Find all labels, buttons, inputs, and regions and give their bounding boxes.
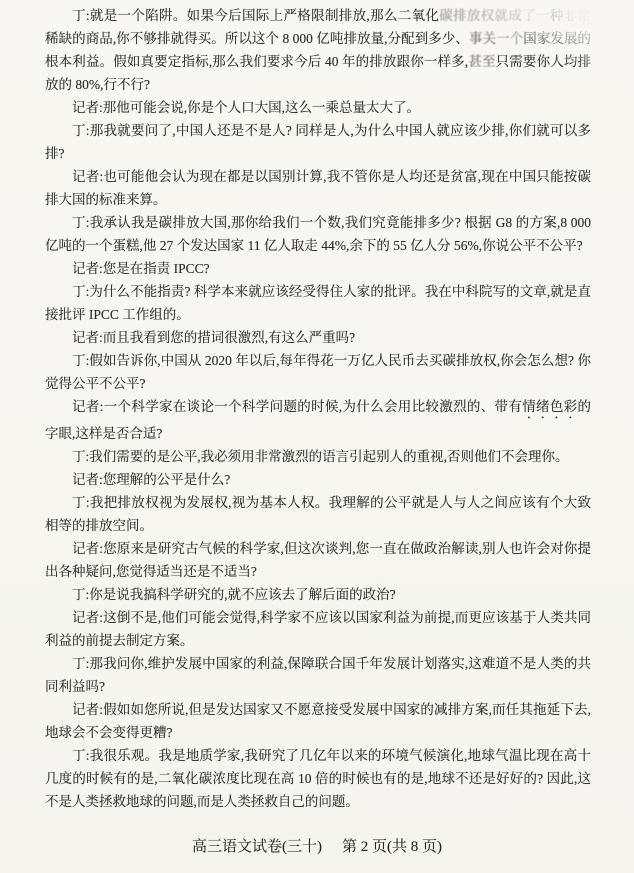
emphasized-text: 情绪色彩 [522,399,577,414]
dialogue-paragraph: 记者:您原来是研究古气候的科学家,但这次谈判,您一直在做政治解读,别人也许会对你… [45,537,591,583]
dialogue-paragraph: 记者:那他可能会说,你是个人口大国,这么一乘总量太大了。 [45,96,591,119]
dialogue-paragraph: 丁:那我问你,维护发展中国家的利益,保障联合国千年发展计划落实,这难道不是人类的… [45,652,591,698]
dialogue-text: 丁:我把排放权视为发展权,视为基本人权。我理解的公平就是人与人之间应该有个大致相… [45,495,591,533]
dialogue-paragraph: 丁:假如告诉你,中国从 2020 年以后,每年得花一万亿人民币去买碳排放权,你会… [45,349,591,395]
dialogue-paragraph: 丁:为什么不能指责? 科学本来就应该经受得住人家的批评。我在中科院写的文章,就是… [45,280,591,326]
faded-scan-text: 事关一个 [469,31,523,46]
dialogue-paragraph: 丁:你是说我搞科学研究的,就不应该去了解后面的政治? [45,583,591,606]
dialogue-text: 丁:就是一个陷阱。如果今后国际上严格限制排放,那么二氧化 [72,8,439,23]
dialogue-text: 丁:你是说我搞科学研究的,就不应该去了解后面的政治? [72,587,396,602]
exam-title: 高三语文试卷(三十) [192,839,322,855]
dialogue-text-block: 丁:就是一个陷阱。如果今后国际上严格限制排放,那么二氧化碳排放权就成了一种非常稀… [45,4,591,813]
dialogue-paragraph: 记者:而且我看到您的措词很激烈,有这么严重吗? [45,326,591,349]
dialogue-text: 丁:为什么不能指责? 科学本来就应该经受得住人家的批评。我在中科院写的文章,就是… [45,284,591,322]
dialogue-paragraph: 丁:我承认我是碳排放大国,那你给我们一个数,我们究竟能排多少? 根据 G8 的方… [45,211,591,257]
dialogue-paragraph: 记者:这倒不是,他们可能会觉得,科学家不应该以国家利益为前提,而更应该基于人类共… [45,606,591,652]
dialogue-text: 记者:您是在指责 IPCC? [72,261,210,276]
dialogue-text: 记者:那他可能会说,你是个人口大国,这么一乘总量太大了。 [72,100,420,115]
dialogue-text: 丁:那我问你,维护发展中国家的利益,保障联合国千年发展计划落实,这难道不是人类的… [45,656,591,694]
dialogue-text: 丁:我很乐观。我是地质学家,我研究了几亿年以来的环境气候演化,地球气温比现在高十… [45,748,591,809]
dialogue-text: 记者:这倒不是,他们可能会觉得,科学家不应该以国家利益为前提,而更应该基于人类共… [45,610,591,648]
dialogue-paragraph: 丁:就是一个陷阱。如果今后国际上严格限制排放,那么二氧化碳排放权就成了一种非常稀… [45,4,591,96]
page-number: 第 2 页(共 8 页) [342,839,442,855]
dialogue-paragraph: 记者:您理解的公平是什么? [45,468,591,491]
dialogue-text: 丁:那我就要问了,中国人还是不是人? 同样是人,为什么中国人就应该少排,你们就可… [45,123,591,161]
dialogue-paragraph: 记者:您是在指责 IPCC? [45,257,591,280]
scanned-exam-page: 丁:就是一个陷阱。如果今后国际上严格限制排放,那么二氧化碳排放权就成了一种非常稀… [0,0,634,873]
dialogue-paragraph: 丁:我把排放权视为发展权,视为基本人权。我理解的公平就是人与人之间应该有个大致相… [45,491,591,537]
dialogue-text: 记者:您理解的公平是什么? [72,472,230,487]
dialogue-text: 记者:假如如您所说,但是发达国家又不愿意接受发展中国家的减排方案,而任其拖延下去… [45,702,591,740]
dialogue-text: 记者:一个科学家在谈论一个科学问题的时候,为什么会用比较激烈的、带有 [72,399,522,414]
dialogue-paragraph: 记者:也可能他会认为现在都是以国别计算,我不管你是人均还是贫富,现在中国只能按碳… [45,165,591,211]
dialogue-paragraph: 丁:那我就要问了,中国人还是不是人? 同样是人,为什么中国人就应该少排,你们就可… [45,119,591,165]
dialogue-text: 丁:我承认我是碳排放大国,那你给我们一个数,我们究竟能排多少? 根据 G8 的方… [45,215,591,253]
dialogue-paragraph: 丁:我很乐观。我是地质学家,我研究了几亿年以来的环境气候演化,地球气温比现在高十… [45,744,591,813]
dialogue-text: 记者:也可能他会认为现在都是以国别计算,我不管你是人均还是贫富,现在中国只能按碳… [45,169,591,207]
faded-scan-text: 碳排放权就成了一 [439,8,550,23]
dialogue-text: 丁:假如告诉你,中国从 2020 年以后,每年得花一万亿人民币去买碳排放权,你会… [45,353,591,391]
dialogue-text: 丁:我们需要的是公平,我必须用非常激烈的语言引起别人的重视,否则他们不会理你。 [72,449,569,464]
dialogue-text: 记者:而且我看到您的措词很激烈,有这么严重吗? [72,330,355,345]
dialogue-paragraph: 记者:一个科学家在谈论一个科学问题的时候,为什么会用比较激烈的、带有情绪色彩的字… [45,395,591,445]
page-footer: 高三语文试卷(三十)第 2 页(共 8 页) [0,835,634,856]
dialogue-paragraph: 丁:我们需要的是公平,我必须用非常激烈的语言引起别人的重视,否则他们不会理你。 [45,445,591,468]
dialogue-paragraph: 记者:假如如您所说,但是发达国家又不愿意接受发展中国家的减排方案,而任其拖延下去… [45,698,591,744]
dialogue-text: 记者:您原来是研究古气候的科学家,但这次谈判,您一直在做政治解读,别人也许会对你… [45,541,591,579]
faded-scan-text: 甚至 [468,54,495,69]
